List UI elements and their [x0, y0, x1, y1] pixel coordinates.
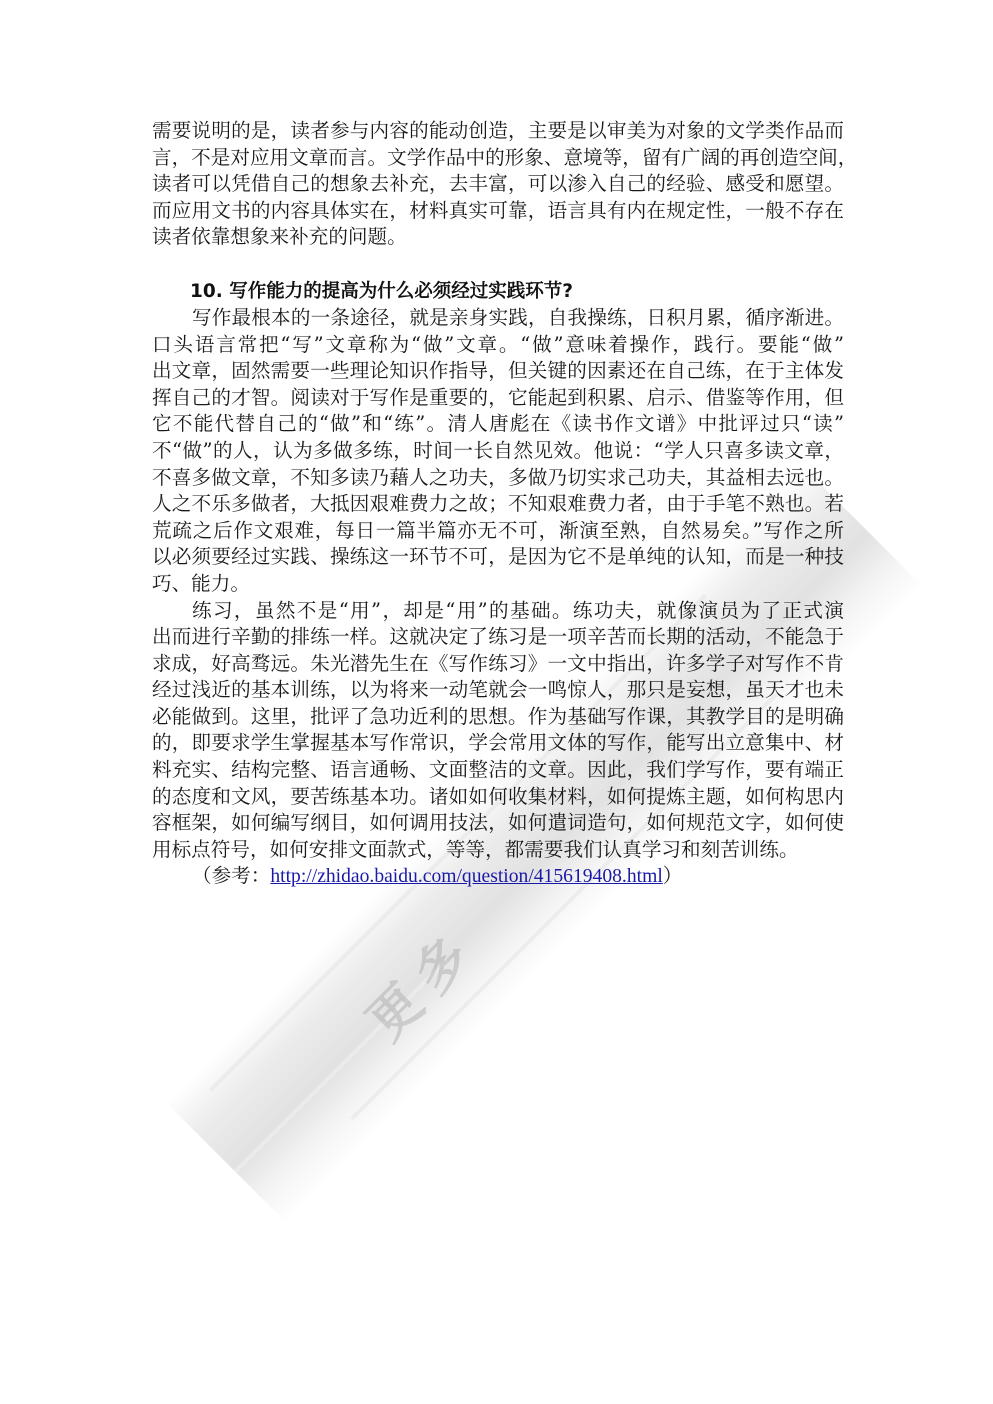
text-line: 以必须要经过实践、操练这一环节不可，是因为它不是单纯的认知，而是一种技 [152, 544, 844, 571]
text-line: 的态度和文风，要苦练基本功。诸如如何收集材料，如何提炼主题，如何构思内 [152, 784, 844, 811]
text-line: 必能做到。这里，批评了急功近利的思想。作为基础写作课，其教学目的是明确 [152, 704, 844, 731]
reference-line: （参考：http://zhidao.baidu.com/question/415… [152, 863, 844, 890]
text-line: 求成，好高骛远。朱光潜先生在《写作练习》一文中指出，许多学子对写作不肯 [152, 651, 844, 678]
text-line: 写作最根本的一条途径，就是亲身实践，自我操练，日积月累，循序渐进。 [152, 305, 844, 332]
text-line: 经过浅近的基本训练，以为将来一动笔就会一鸣惊人，那只是妄想，虽天才也未 [152, 677, 844, 704]
document-page: 更多 需要说明的是，读者参与内容的能动创造，主要是以审美为对象的文学类作品而 言… [0, 0, 993, 1404]
text-line: 言，不是对应用文章而言。文学作品中的形象、意境等，留有广阔的再创造空间， [152, 145, 844, 172]
text-line: 的，即要求学生掌握基本写作常识，学会常用文体的写作，能写出立意集中、材 [152, 730, 844, 757]
paragraph-reader-participation: 需要说明的是，读者参与内容的能动创造，主要是以审美为对象的文学类作品而 言，不是… [152, 118, 844, 251]
reference-suffix: ） [663, 864, 683, 887]
reference-link[interactable]: http://zhidao.baidu.com/question/4156194… [270, 866, 662, 887]
text-line: 巧、能力。 [152, 571, 844, 598]
watermark-text: 更多 [347, 907, 493, 1053]
text-line: 练习，虽然不是“用”，却是“用”的基础。练功夫，就像演员为了正式演 [152, 598, 844, 625]
text-line: 人之不乐多做者，大抵因艰难费力之故；不知艰难费力者，由于手笔不熟也。若 [152, 491, 844, 518]
text-line: 它不能代替自己的“做”和“练”。清人唐彪在《读书作文谱》中批评过只“读” [152, 411, 844, 438]
text-line: 用标点符号，如何安排文面款式，等等，都需要我们认真学习和刻苦训练。 [152, 837, 844, 864]
text-line: 荒疏之后作文艰难，每日一篇半篇亦无不可，渐演至熟，自然易矣。”写作之所 [152, 518, 844, 545]
text-line: 出文章，固然需要一些理论知识作指导，但关键的因素还在自己练，在于主体发 [152, 358, 844, 385]
document-body: 需要说明的是，读者参与内容的能动创造，主要是以审美为对象的文学类作品而 言，不是… [152, 118, 844, 890]
text-line: 口头语言常把“写”文章称为“做”文章。“做”意味着操作，践行。要能“做” [152, 332, 844, 359]
text-line: 需要说明的是，读者参与内容的能动创造，主要是以审美为对象的文学类作品而 [152, 118, 844, 145]
text-line: 读者可以凭借自己的想象去补充，去丰富，可以渗入自己的经验、感受和愿望。 [152, 171, 844, 198]
text-line: 容框架，如何编写纲目，如何调用技法，如何遣词造句，如何规范文字，如何使 [152, 810, 844, 837]
reference-prefix: （参考： [192, 864, 270, 887]
text-line: 出而进行辛勤的排练一样。这就决定了练习是一项辛苦而长期的活动，不能急于 [152, 624, 844, 651]
text-line: 料充实、结构完整、语言通畅、文面整洁的文章。因此，我们学写作，要有端正 [152, 757, 844, 784]
text-line: 挥自己的才智。阅读对于写作是重要的，它能起到积累、启示、借鉴等作用，但 [152, 385, 844, 412]
paragraph-practice-basis: 练习，虽然不是“用”，却是“用”的基础。练功夫，就像演员为了正式演 出而进行辛勤… [152, 598, 844, 864]
text-line: 而应用文书的内容具体实在，材料真实可靠，语言具有内在规定性，一般不存在 [152, 198, 844, 225]
text-line: 不喜多做文章，不知多读乃藉人之功夫，多做乃切实求己功夫，其益相去远也。 [152, 465, 844, 492]
text-line: 读者依靠想象来补充的问题。 [152, 224, 844, 251]
paragraph-practice-path: 写作最根本的一条途径，就是亲身实践，自我操练，日积月累，循序渐进。 口头语言常把… [152, 305, 844, 598]
text-line: 不“做”的人，认为多做多练，时间一长自然见效。他说：“学人只喜多读文章， [152, 438, 844, 465]
section-heading: 10. 写作能力的提高为什么必须经过实践环节? [152, 278, 844, 305]
